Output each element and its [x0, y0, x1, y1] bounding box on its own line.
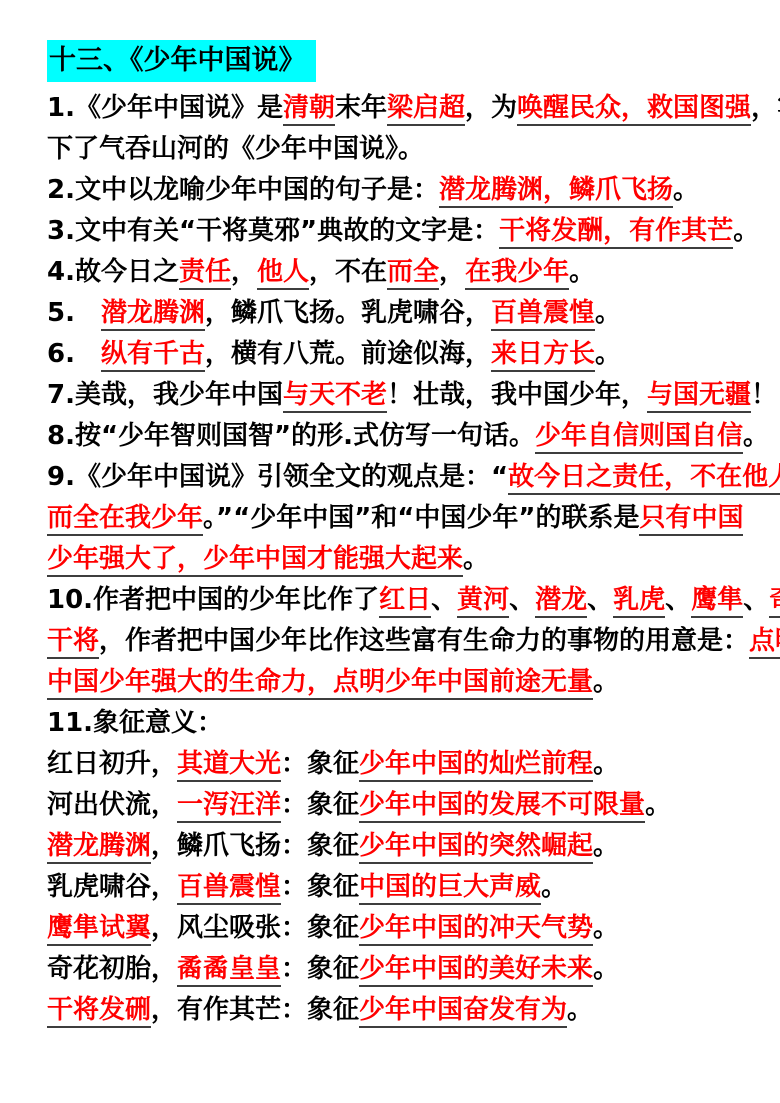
text-segment: 河出伏流， — [47, 790, 177, 820]
highlighted-answer-text: 黄河 — [457, 585, 509, 618]
highlighted-answer-text: 唤醒民众， — [517, 93, 647, 126]
item-3: 3.文中有关“干将莫邪”典故的文字是：干将发酬，有作其芒。 — [47, 211, 740, 252]
highlighted-answer-text: 梁启超 — [387, 93, 465, 126]
highlighted-answer-text: 奇花 — [769, 585, 780, 618]
item-10: 10.作者把中国的少年比作了红日、黄河、潜龙、乳虎、鹰隼、奇花、干将，作者把中国… — [47, 580, 740, 703]
highlighted-answer-text: 与国无疆 — [647, 380, 751, 413]
text-segment: 。 — [593, 667, 619, 697]
section-title: 十三、《少年中国说》 — [47, 40, 316, 82]
item-8: 8.按“少年智则国智”的形.式仿写一句话。少年自信则国自信。 — [47, 416, 740, 457]
text-segment: ，为 — [465, 93, 517, 123]
item-9: 9.《少年中国说》引领全文的观点是：“故今日之责任，不在他人，而全在我少年。”“… — [47, 457, 740, 580]
highlighted-answer-text: 百兽震惶 — [491, 298, 595, 331]
highlighted-answer-text: 纵有千古 — [101, 339, 205, 372]
item-11: 11.象征意义： — [47, 703, 740, 744]
text-segment: 。 — [593, 831, 619, 861]
highlighted-answer-text: 只有中国 — [639, 503, 743, 536]
highlighted-answer-text: 在我少年 — [465, 257, 569, 290]
text-segment: 。 — [645, 790, 671, 820]
symbolism-red-sun: 红日初升，其道大光：象征少年中国的灿烂前程。 — [47, 744, 740, 785]
highlighted-answer-text: 有作其芒 — [629, 216, 733, 249]
text-segment: 。 — [567, 995, 593, 1025]
highlighted-answer-text: 而全在我少年 — [47, 503, 203, 536]
highlighted-answer-text: 鹰隼试翼 — [47, 913, 151, 946]
highlighted-answer-text: 鹰隼 — [691, 585, 743, 618]
text-segment: 2.文中以龙喻少年中国的句子是： — [47, 175, 439, 205]
highlighted-answer-text: 而全 — [387, 257, 439, 290]
text-segment: ！ — [751, 380, 777, 410]
highlighted-answer-text: 潜龙腾渊 — [101, 298, 205, 331]
text-segment: 。”“少年中国”和“中国少年”的联系是 — [203, 503, 639, 533]
item-7: 7.美哉，我少年中国与天不老！壮哉，我中国少年，与国无疆！ — [47, 375, 740, 416]
text-segment: ，鳞爪飞扬。乳虎啸谷， — [205, 298, 491, 328]
text-segment: 6. — [47, 339, 101, 369]
item-5: 5. 潜龙腾渊，鳞爪飞扬。乳虎啸谷，百兽震惶。 — [47, 293, 740, 334]
symbolism-falcon: 鹰隼试翼，风尘吸张：象征少年中国的冲天气势。 — [47, 908, 740, 949]
item-2: 2.文中以龙喻少年中国的句子是：潜龙腾渊，鳞爪飞扬。 — [47, 170, 740, 211]
text-segment: 。 — [593, 913, 619, 943]
text-segment: ， — [231, 257, 257, 287]
highlighted-answer-text: 少年中国的突然崛起 — [359, 831, 593, 864]
document-content: 十三、《少年中国说》 1.《少年中国说》是清朝末年梁启超，为唤醒民众，救国图强，… — [0, 0, 780, 1031]
symbolism-flower: 奇花初胎，矞矞皇皇：象征少年中国的美好未来。 — [47, 949, 740, 990]
item-1: 1.《少年中国说》是清朝末年梁启超，为唤醒民众，救国图强，写下了气吞山河的《少年… — [47, 88, 740, 170]
text-segment: 。 — [595, 339, 621, 369]
highlighted-answer-text: 其道大光 — [177, 749, 281, 782]
highlighted-answer-text: 矞矞皇皇 — [177, 954, 281, 987]
highlighted-answer-text: 少年自信则国自信 — [535, 421, 743, 454]
highlighted-answer-text: 点明 — [749, 626, 780, 659]
text-segment: ，风尘吸张：象征 — [151, 913, 359, 943]
text-segment: 9.《少年中国说》引领全文的观点是：“ — [47, 462, 508, 492]
highlighted-answer-text: 救国图强 — [647, 93, 751, 126]
highlighted-answer-text: 少年中国才能强大起来 — [203, 544, 463, 577]
highlighted-answer-text: 来日方长 — [491, 339, 595, 372]
text-segment: 、 — [743, 585, 769, 615]
text-segment: ，有作其芒：象征 — [151, 995, 359, 1025]
highlighted-answer-text: 乳虎 — [613, 585, 665, 618]
highlighted-answer-text: 少年中国的冲天气势 — [359, 913, 593, 946]
text-segment: 1.《少年中国说》是 — [47, 93, 283, 123]
highlighted-answer-text: 少年中国奋发有为 — [359, 995, 567, 1028]
text-segment: 下了气吞山河的《少年中国说》。 — [47, 134, 424, 164]
highlighted-answer-text: 干将发酬， — [499, 216, 629, 249]
text-segment: ：象征 — [281, 872, 359, 902]
item-4: 4.故今日之责任，他人，不在而全，在我少年。 — [47, 252, 740, 293]
highlighted-answer-text: 百兽震惶 — [177, 872, 281, 905]
text-segment: 。 — [463, 544, 489, 574]
text-segment: 10.作者把中国的少年比作了 — [47, 585, 379, 615]
highlighted-answer-text: 干将 — [47, 626, 99, 659]
highlighted-answer-text: 少年中国的美好未来 — [359, 954, 593, 987]
text-segment: ，横有八荒。前途似海， — [205, 339, 491, 369]
text-segment: ，鳞爪飞扬：象征 — [151, 831, 359, 861]
highlighted-answer-text: 少年中国的灿烂前程 — [359, 749, 593, 782]
text-segment: 5. — [47, 298, 101, 328]
text-segment: 。 — [743, 421, 769, 451]
text-segment: ：象征 — [281, 790, 359, 820]
text-segment: ， — [439, 257, 465, 287]
symbolism-tiger: 乳虎啸谷，百兽震惶：象征中国的巨大声威。 — [47, 867, 740, 908]
text-segment: 。 — [569, 257, 595, 287]
text-segment: ，作者把中国少年比作这些富有生命力的事物的用意是： — [99, 626, 749, 656]
symbolism-sword: 干将发硎，有作其芒：象征少年中国奋发有为。 — [47, 990, 740, 1031]
text-segment: 。 — [593, 749, 619, 779]
text-segment: 11.象征意义： — [47, 708, 223, 738]
text-segment: ：象征 — [281, 954, 359, 984]
highlighted-answer-text: 潜龙 — [535, 585, 587, 618]
highlighted-answer-text: 少年中国的发展不可限量 — [359, 790, 645, 823]
highlighted-answer-text: 一泻汪洋 — [177, 790, 281, 823]
symbolism-river: 河出伏流，一泻汪洋：象征少年中国的发展不可限量。 — [47, 785, 740, 826]
symbolism-dragon: 潜龙腾渊，鳞爪飞扬：象征少年中国的突然崛起。 — [47, 826, 740, 867]
highlighted-answer-text: 中国的巨大声威 — [359, 872, 541, 905]
text-segment: 末年 — [335, 93, 387, 123]
highlighted-answer-text: 红日 — [379, 585, 431, 618]
text-segment: 、 — [587, 585, 613, 615]
highlighted-answer-text: 不在他人， — [690, 462, 780, 495]
text-segment: 7.美哉，我少年中国 — [47, 380, 283, 410]
highlighted-answer-text: 少年强大了， — [47, 544, 203, 577]
highlighted-answer-text: 清朝 — [283, 93, 335, 126]
text-segment: 。 — [733, 216, 759, 246]
text-segment: 乳虎啸谷， — [47, 872, 177, 902]
text-segment: 8.按“少年智则国智”的形.式仿写一句话。 — [47, 421, 535, 451]
notes-list: 1.《少年中国说》是清朝末年梁启超，为唤醒民众，救国图强，写下了气吞山河的《少年… — [47, 88, 740, 1031]
text-segment: 。 — [673, 175, 699, 205]
text-segment: 。 — [593, 954, 619, 984]
text-segment: ：象征 — [281, 749, 359, 779]
text-segment: 3.文中有关“干将莫邪”典故的文字是： — [47, 216, 499, 246]
highlighted-answer-text: 与天不老 — [283, 380, 387, 413]
highlighted-answer-text: 潜龙腾渊 — [47, 831, 151, 864]
text-segment: ，写 — [751, 93, 780, 123]
text-segment: 、 — [665, 585, 691, 615]
text-segment: 、 — [431, 585, 457, 615]
text-segment: 红日初升， — [47, 749, 177, 779]
highlighted-answer-text: 故今日之责任， — [508, 462, 690, 495]
text-segment: 4.故今日之 — [47, 257, 179, 287]
text-segment: 。 — [541, 872, 567, 902]
highlighted-answer-text: 鳞爪飞扬 — [569, 175, 673, 208]
item-6: 6. 纵有千古，横有八荒。前途似海，来日方长。 — [47, 334, 740, 375]
highlighted-answer-text: 他人 — [257, 257, 309, 290]
text-segment: 、 — [509, 585, 535, 615]
highlighted-answer-text: 干将发硎 — [47, 995, 151, 1028]
highlighted-answer-text: 责任 — [179, 257, 231, 290]
highlighted-answer-text: 点明少年中国前途无量 — [333, 667, 593, 700]
text-segment: 奇花初胎， — [47, 954, 177, 984]
text-segment: ，不在 — [309, 257, 387, 287]
document-page: 十三、《少年中国说》 1.《少年中国说》是清朝末年梁启超，为唤醒民众，救国图强，… — [0, 0, 780, 1103]
highlighted-answer-text: 中国少年强大的生命力， — [47, 667, 333, 700]
highlighted-answer-text: 潜龙腾渊， — [439, 175, 569, 208]
text-segment: 。 — [595, 298, 621, 328]
text-segment: ！壮哉，我中国少年， — [387, 380, 647, 410]
title-row: 十三、《少年中国说》 — [47, 40, 740, 82]
